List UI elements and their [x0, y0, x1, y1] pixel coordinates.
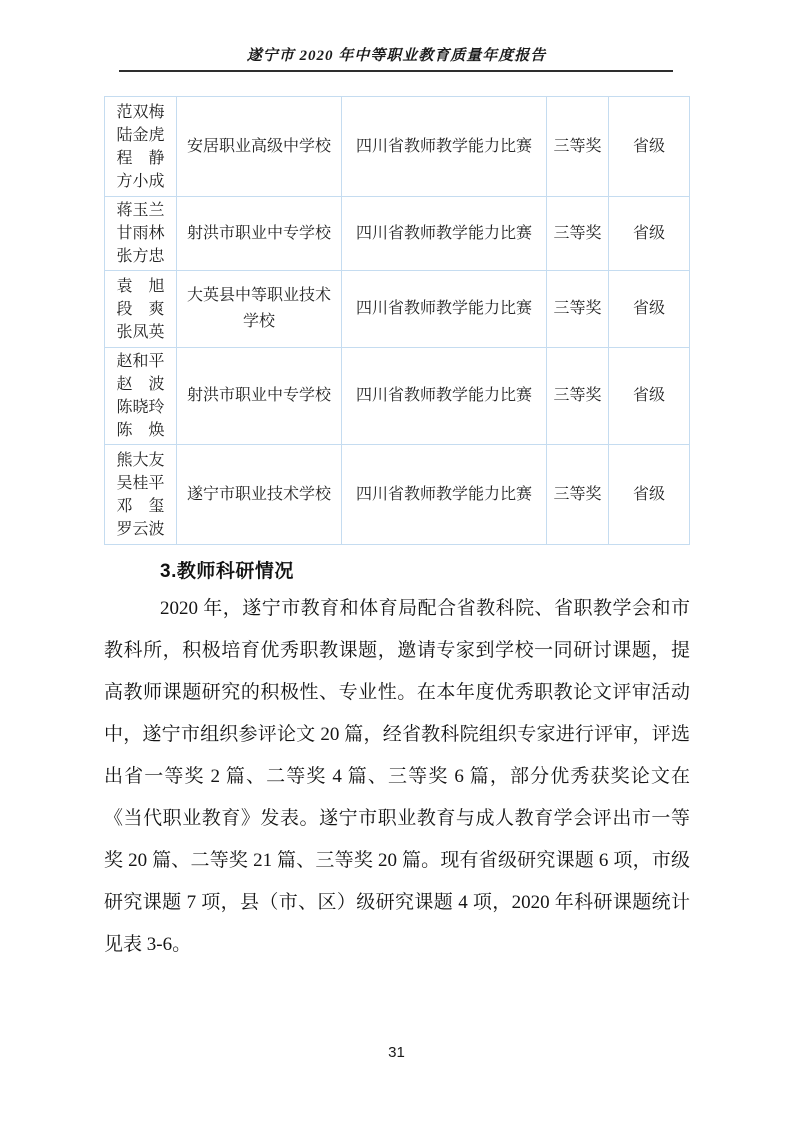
teacher-name: 范双梅 — [109, 101, 172, 124]
teacher-name: 张凤英 — [109, 321, 172, 344]
award-cell: 三等奖 — [547, 197, 609, 271]
teacher-name: 甘雨林 — [109, 222, 172, 245]
document-page: 遂宁市 2020 年中等职业教育质量年度报告 范双梅 陆金虎 程 静 方小成 安… — [0, 0, 793, 1122]
header-title: 遂宁市 2020 年中等职业教育质量年度报告 — [0, 44, 793, 65]
table-row: 赵和平 赵 波 陈晓玲 陈 焕 射洪市职业中专学校 四川省教师教学能力比赛 三等… — [105, 348, 690, 445]
teacher-name: 熊大友 — [109, 449, 172, 472]
competition-cell: 四川省教师教学能力比赛 — [342, 445, 547, 545]
header-rule — [119, 70, 673, 72]
teacher-name: 方小成 — [109, 170, 172, 193]
teacher-name: 段 爽 — [109, 298, 172, 321]
competition-cell: 四川省教师教学能力比赛 — [342, 348, 547, 445]
award-cell: 三等奖 — [547, 348, 609, 445]
level-cell: 省级 — [609, 271, 690, 348]
award-cell: 三等奖 — [547, 271, 609, 348]
teacher-name: 赵和平 — [109, 350, 172, 373]
teacher-name: 陈 焕 — [109, 419, 172, 442]
teacher-name: 罗云波 — [109, 518, 172, 541]
level-cell: 省级 — [609, 197, 690, 271]
teacher-name: 吴桂平 — [109, 472, 172, 495]
competition-cell: 四川省教师教学能力比赛 — [342, 197, 547, 271]
teacher-awards-table: 范双梅 陆金虎 程 静 方小成 安居职业高级中学校 四川省教师教学能力比赛 三等… — [104, 96, 690, 545]
teacher-names-cell: 范双梅 陆金虎 程 静 方小成 — [105, 97, 177, 197]
level-cell: 省级 — [609, 445, 690, 545]
teacher-names-cell: 赵和平 赵 波 陈晓玲 陈 焕 — [105, 348, 177, 445]
teacher-name: 蒋玉兰 — [109, 199, 172, 222]
school-cell: 大英县中等职业技术 学校 — [177, 271, 342, 348]
school-cell: 安居职业高级中学校 — [177, 97, 342, 197]
award-cell: 三等奖 — [547, 97, 609, 197]
page-number: 31 — [0, 1044, 793, 1061]
level-cell: 省级 — [609, 97, 690, 197]
school-cell: 射洪市职业中专学校 — [177, 348, 342, 445]
teacher-name: 邓 玺 — [109, 495, 172, 518]
competition-cell: 四川省教师教学能力比赛 — [342, 271, 547, 348]
competition-cell: 四川省教师教学能力比赛 — [342, 97, 547, 197]
teacher-names-cell: 袁 旭 段 爽 张凤英 — [105, 271, 177, 348]
section-heading: 3.教师科研情况 — [160, 556, 294, 583]
table-row: 熊大友 吴桂平 邓 玺 罗云波 遂宁市职业技术学校 四川省教师教学能力比赛 三等… — [105, 445, 690, 545]
teacher-name: 陆金虎 — [109, 124, 172, 147]
teacher-name: 陈晓玲 — [109, 396, 172, 419]
school-cell: 遂宁市职业技术学校 — [177, 445, 342, 545]
teacher-name: 袁 旭 — [109, 275, 172, 298]
teacher-name: 张方忠 — [109, 245, 172, 268]
level-cell: 省级 — [609, 348, 690, 445]
teacher-names-cell: 熊大友 吴桂平 邓 玺 罗云波 — [105, 445, 177, 545]
award-cell: 三等奖 — [547, 445, 609, 545]
teacher-names-cell: 蒋玉兰 甘雨林 张方忠 — [105, 197, 177, 271]
teacher-name: 程 静 — [109, 147, 172, 170]
teacher-name: 赵 波 — [109, 373, 172, 396]
table-row: 蒋玉兰 甘雨林 张方忠 射洪市职业中专学校 四川省教师教学能力比赛 三等奖 省级 — [105, 197, 690, 271]
table-row: 范双梅 陆金虎 程 静 方小成 安居职业高级中学校 四川省教师教学能力比赛 三等… — [105, 97, 690, 197]
school-cell: 射洪市职业中专学校 — [177, 197, 342, 271]
body-paragraph: 2020 年，遂宁市教育和体育局配合省教科院、省职教学会和市教科所，积极培育优秀… — [104, 588, 690, 966]
table-row: 袁 旭 段 爽 张凤英 大英县中等职业技术 学校 四川省教师教学能力比赛 三等奖… — [105, 271, 690, 348]
